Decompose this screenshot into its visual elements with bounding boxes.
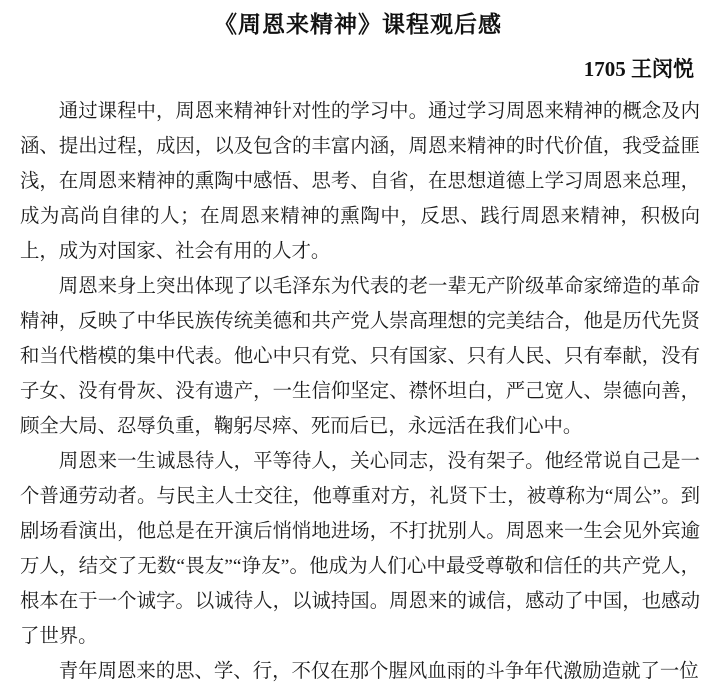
- essay-paragraph-1: 通过课程中，周恩来精神针对性的学习中。通过学习周恩来精神的概念及内涵、提出过程，…: [20, 94, 700, 269]
- essay-title: 《周恩来精神》课程观后感: [0, 0, 716, 41]
- essay-body: 通过课程中，周恩来精神针对性的学习中。通过学习周恩来精神的概念及内涵、提出过程，…: [0, 83, 716, 689]
- essay-paragraph-3: 周恩来一生诚恳待人，平等待人，关心同志，没有架子。他经常说自己是一个普通劳动者。…: [20, 444, 700, 654]
- essay-paragraph-2: 周恩来身上突出体现了以毛泽东为代表的老一辈无产阶级革命家缔造的革命精神，反映了中…: [20, 269, 700, 444]
- author-line: 1705 王闵悦: [0, 55, 716, 83]
- essay-paragraph-4-truncated: 青年周恩来的思、学、行，不仅在那个腥风血雨的斗争年代激励造就了一位: [20, 654, 700, 689]
- document-page: 《周恩来精神》课程观后感 1705 王闵悦 通过课程中，周恩来精神针对性的学习中…: [0, 0, 716, 692]
